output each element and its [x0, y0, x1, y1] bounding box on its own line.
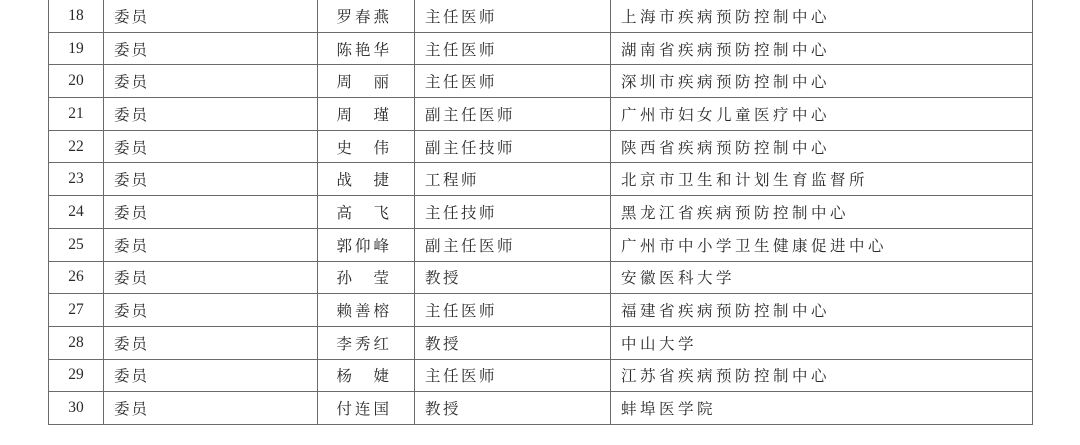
member-name: 陈艳华	[318, 32, 415, 65]
table-row: 18 委员 罗春燕 主任医师 上海市疾病预防控制中心	[49, 0, 1033, 32]
member-role: 委员	[104, 294, 318, 327]
table-row: 22 委员 史 伟 副主任技师 陕西省疾病预防控制中心	[49, 130, 1033, 163]
member-name: 杨 婕	[318, 359, 415, 392]
member-role: 委员	[104, 98, 318, 131]
member-name: 付连国	[318, 392, 415, 425]
row-number: 18	[49, 0, 104, 32]
member-role: 委员	[104, 0, 318, 32]
member-title: 副主任医师	[415, 228, 611, 261]
member-name: 罗春燕	[318, 0, 415, 32]
table-row: 27 委员 赖善榕 主任医师 福建省疾病预防控制中心	[49, 294, 1033, 327]
member-title: 主任医师	[415, 0, 611, 32]
member-name: 周 丽	[318, 65, 415, 98]
member-organization: 安徽医科大学	[611, 261, 1033, 294]
member-role: 委员	[104, 65, 318, 98]
table-row: 28 委员 李秀红 教授 中山大学	[49, 326, 1033, 359]
member-title: 主任医师	[415, 294, 611, 327]
member-organization: 深圳市疾病预防控制中心	[611, 65, 1033, 98]
row-number: 24	[49, 196, 104, 229]
row-number: 23	[49, 163, 104, 196]
table-row: 20 委员 周 丽 主任医师 深圳市疾病预防控制中心	[49, 65, 1033, 98]
table-row: 24 委员 高 飞 主任技师 黑龙江省疾病预防控制中心	[49, 196, 1033, 229]
table-body: 18 委员 罗春燕 主任医师 上海市疾病预防控制中心 19 委员 陈艳华 主任医…	[49, 0, 1033, 424]
member-role: 委员	[104, 130, 318, 163]
member-organization: 黑龙江省疾病预防控制中心	[611, 196, 1033, 229]
row-number: 30	[49, 392, 104, 425]
row-number: 27	[49, 294, 104, 327]
member-name: 史 伟	[318, 130, 415, 163]
member-organization: 中山大学	[611, 326, 1033, 359]
member-organization: 北京市卫生和计划生育监督所	[611, 163, 1033, 196]
member-name: 赖善榕	[318, 294, 415, 327]
member-organization: 蚌埠医学院	[611, 392, 1033, 425]
member-role: 委员	[104, 392, 318, 425]
member-title: 教授	[415, 392, 611, 425]
member-role: 委员	[104, 32, 318, 65]
table-row: 29 委员 杨 婕 主任医师 江苏省疾病预防控制中心	[49, 359, 1033, 392]
row-number: 28	[49, 326, 104, 359]
row-number: 20	[49, 65, 104, 98]
member-name: 高 飞	[318, 196, 415, 229]
member-title: 主任医师	[415, 359, 611, 392]
member-name: 战 捷	[318, 163, 415, 196]
member-organization: 广州市妇女儿童医疗中心	[611, 98, 1033, 131]
member-role: 委员	[104, 359, 318, 392]
table-row: 30 委员 付连国 教授 蚌埠医学院	[49, 392, 1033, 425]
row-number: 25	[49, 228, 104, 261]
table-row: 25 委员 郭仰峰 副主任医师 广州市中小学卫生健康促进中心	[49, 228, 1033, 261]
member-title: 副主任医师	[415, 98, 611, 131]
member-role: 委员	[104, 163, 318, 196]
member-organization: 湖南省疾病预防控制中心	[611, 32, 1033, 65]
member-title: 工程师	[415, 163, 611, 196]
member-role: 委员	[104, 261, 318, 294]
member-organization: 江苏省疾病预防控制中心	[611, 359, 1033, 392]
table-row: 21 委员 周 瑾 副主任医师 广州市妇女儿童医疗中心	[49, 98, 1033, 131]
row-number: 29	[49, 359, 104, 392]
member-title: 教授	[415, 326, 611, 359]
member-title: 主任医师	[415, 65, 611, 98]
table-row: 23 委员 战 捷 工程师 北京市卫生和计划生育监督所	[49, 163, 1033, 196]
row-number: 22	[49, 130, 104, 163]
member-organization: 上海市疾病预防控制中心	[611, 0, 1033, 32]
member-organization: 陕西省疾病预防控制中心	[611, 130, 1033, 163]
committee-member-table: 18 委员 罗春燕 主任医师 上海市疾病预防控制中心 19 委员 陈艳华 主任医…	[48, 0, 1033, 425]
member-name: 孙 莹	[318, 261, 415, 294]
table-row: 19 委员 陈艳华 主任医师 湖南省疾病预防控制中心	[49, 32, 1033, 65]
member-role: 委员	[104, 326, 318, 359]
member-organization: 福建省疾病预防控制中心	[611, 294, 1033, 327]
member-name: 李秀红	[318, 326, 415, 359]
member-name: 周 瑾	[318, 98, 415, 131]
member-title: 教授	[415, 261, 611, 294]
member-title: 主任医师	[415, 32, 611, 65]
row-number: 19	[49, 32, 104, 65]
member-title: 副主任技师	[415, 130, 611, 163]
member-organization: 广州市中小学卫生健康促进中心	[611, 228, 1033, 261]
member-name: 郭仰峰	[318, 228, 415, 261]
table-row: 26 委员 孙 莹 教授 安徽医科大学	[49, 261, 1033, 294]
row-number: 26	[49, 261, 104, 294]
member-role: 委员	[104, 228, 318, 261]
member-role: 委员	[104, 196, 318, 229]
member-title: 主任技师	[415, 196, 611, 229]
row-number: 21	[49, 98, 104, 131]
